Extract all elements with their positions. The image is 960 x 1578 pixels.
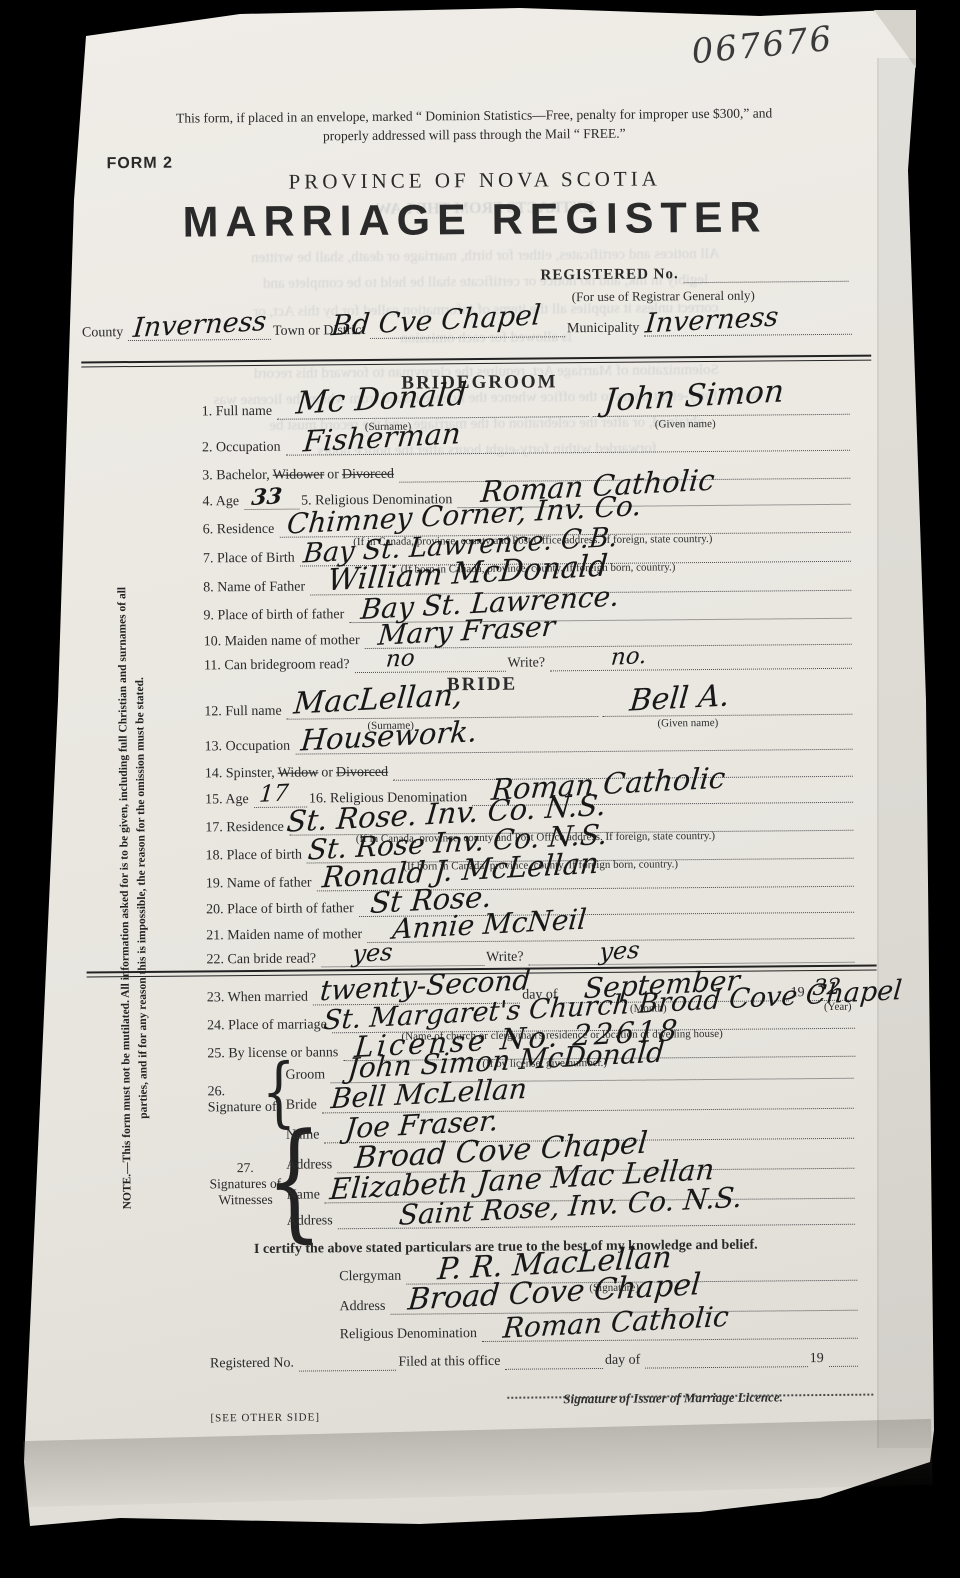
clergyman-label: Clergyman xyxy=(339,1269,404,1286)
br-age-line: 17 xyxy=(254,792,307,808)
bg-birthplace-label: 7. Place of Birth xyxy=(203,551,298,568)
witness1-address-line: Broad Cove Chapel xyxy=(337,1153,854,1174)
bg-write-label: Write? xyxy=(507,655,548,671)
br-father-line: Ronald J. McLellan xyxy=(316,871,853,892)
row-witness1-name: Name Joe Fraser. xyxy=(286,1123,856,1144)
br-occupation-line: Housework. xyxy=(295,734,853,755)
mail-notice-line2: properly addressed will pass through the… xyxy=(124,124,824,146)
row-br-status: 14. Spinster, Widow or Divorced xyxy=(205,761,855,783)
day-line: twenty-Second xyxy=(313,988,520,1006)
bleedthrough-line: All notices and certificates, either for… xyxy=(125,245,845,268)
registered-label: Registered No. xyxy=(210,1356,297,1373)
clergy-address-label: Address xyxy=(339,1299,388,1315)
bg-denomination-line: Roman Catholic xyxy=(457,489,850,508)
town-line: Bd Cve Chapel xyxy=(370,321,565,339)
section-divider xyxy=(87,965,877,978)
bg-residence-label: 6. Residence xyxy=(203,522,278,539)
row-br-age-denom: 15. Age 17 16. Religious Denomination Ro… xyxy=(205,787,855,809)
row-br-mother: 21. Maiden name of mother Annie McNeil xyxy=(206,923,856,945)
issuer-caption: Signature of Issuer of Marriage Licence. xyxy=(563,1389,783,1407)
br-surname-line: MacLellan, xyxy=(287,701,599,720)
bg-father-label: 8. Name of Father xyxy=(203,579,308,596)
clergy-address-line: Broad Cove Chapel xyxy=(390,1295,857,1315)
br-mother-line: Annie McNeil xyxy=(367,923,854,943)
filed-year-line xyxy=(829,1351,858,1367)
clergy-denomination-line: Roman Catholic xyxy=(482,1323,858,1342)
bg-age-label: 4. Age xyxy=(202,494,242,510)
bg-status-or: or xyxy=(327,467,342,483)
field-br-write: yes xyxy=(599,938,641,964)
groom-signature-line: John Simon McDonald xyxy=(330,1063,853,1084)
br-status-line xyxy=(393,761,853,781)
municipality-line: Inverness xyxy=(644,319,852,337)
place-of-marriage-label: 24. Place of marriage xyxy=(207,1017,330,1034)
municipality-label: Municipality xyxy=(567,321,642,338)
day-of-label: day of xyxy=(522,987,561,1003)
year-line: 32 xyxy=(810,985,855,1001)
bg-givenname-line: John Simon xyxy=(593,399,850,417)
filed-day-of-label: day of xyxy=(605,1353,644,1369)
row-bg-status: 3. Bachelor, Widower or Divorced xyxy=(202,463,852,485)
row-when-married: 23. When married twenty-Second day of Se… xyxy=(207,985,857,1007)
row-br-occupation: 13. Occupation Housework. xyxy=(205,734,855,756)
registered-no-label: REGISTERED No. xyxy=(540,266,681,284)
br-write-label: Write? xyxy=(486,950,527,966)
row-bride-signature: Bride Bell McLellan xyxy=(286,1093,856,1114)
br-denomination-line: Roman Catholic xyxy=(472,787,853,806)
bg-write-line: no. xyxy=(550,653,852,672)
bg-father-birthplace-line: Bay St. Lawrence. xyxy=(349,603,851,623)
bg-age-line: 33 xyxy=(244,494,299,510)
bg-surname-line: Mc Donald xyxy=(277,401,589,420)
row-witness2-name: Name Elizabeth Jane Mac Lellan xyxy=(286,1183,856,1204)
br-father-birthplace-label: 20. Place of birth of father xyxy=(206,901,357,918)
county-label: County xyxy=(82,325,126,341)
bg-birthplace-caption: (If born in Canada, province, county. If… xyxy=(328,561,748,577)
br-write-line: yes xyxy=(529,947,855,966)
scanned-document: EXTRACTS FROM THE LAW All notices and ce… xyxy=(0,0,960,1578)
br-read-line: yes xyxy=(321,950,484,967)
row-br-fullname: 12. Full name MacLellan, Bell A. xyxy=(204,699,854,721)
field-bg-read: no xyxy=(385,647,416,672)
filed-year-prefix: 19 xyxy=(810,1351,827,1367)
registrar-only-note: (For use of Registrar General only) xyxy=(572,288,755,306)
field-bg-age: 33 xyxy=(250,485,283,509)
bride-section-title: BRIDE xyxy=(87,671,877,700)
year-caption: (Year) xyxy=(824,1001,852,1013)
row-bg-age-denom: 4. Age 33 5. Religious Denomination Roma… xyxy=(202,489,852,511)
bg-status-prefix: 3. Bachelor, xyxy=(202,468,273,485)
bg-father-birthplace-label: 9. Place of birth of father xyxy=(203,607,347,624)
year-prefix: 19 xyxy=(791,985,808,1001)
filed-line xyxy=(505,1353,603,1370)
br-status-widow: Widow xyxy=(278,765,322,781)
stamp-number: 067676 xyxy=(690,19,835,72)
row-br-father: 19. Name of father Ronald J. McLellan xyxy=(206,871,856,893)
br-given-caption: (Given name) xyxy=(657,717,718,730)
bg-fullname-label: 1. Full name xyxy=(202,404,276,421)
town-label: Town or District xyxy=(273,323,368,340)
certify-statement: I certify the above stated particulars a… xyxy=(254,1238,758,1258)
br-denomination-label: 16. Religious Denomination xyxy=(309,790,470,807)
bg-status-divorced: Divorced xyxy=(342,467,397,483)
registered-line xyxy=(299,1355,397,1372)
row-groom-signature: Groom John Simon McDonald xyxy=(285,1063,855,1084)
row-witness1-address: Address Broad Cove Chapel xyxy=(286,1153,856,1174)
bg-denomination-label: 5. Religious Denomination xyxy=(301,492,455,509)
br-status-divorced: Divorced xyxy=(336,765,391,781)
br-father-birthplace-line: St Rose. xyxy=(359,897,854,917)
br-birthplace-label: 18. Place of birth xyxy=(206,848,306,865)
field-br-read: yes xyxy=(351,940,393,966)
bg-surname-caption: (Surname) xyxy=(365,421,412,433)
clergyman-signature-caption: (Signature) xyxy=(589,1282,639,1294)
br-birthplace-caption: (If born in Canada, province, county. If… xyxy=(331,858,751,874)
filed-label: Filed at this office xyxy=(398,1354,503,1371)
witness1-address-label: Address xyxy=(286,1157,335,1173)
br-father-label: 19. Name of father xyxy=(206,875,315,892)
br-read-label: 22. Can bride read? xyxy=(206,951,319,968)
bg-occupation-label: 2. Occupation xyxy=(202,440,284,457)
bg-father-line: William McDonald xyxy=(310,575,851,596)
month-caption: (Month) xyxy=(630,1002,667,1014)
registered-no-row: REGISTERED No. xyxy=(540,265,850,285)
month-line: September xyxy=(563,985,789,1003)
witness1-name-line: Joe Fraser. xyxy=(324,1123,854,1144)
bg-read-line: no xyxy=(355,656,506,673)
witness2-address-label: Address xyxy=(287,1213,336,1229)
br-mother-label: 21. Maiden name of mother xyxy=(206,927,365,944)
witness2-name-label: Name xyxy=(286,1187,323,1203)
br-age-label: 15. Age xyxy=(205,792,252,808)
br-residence-label: 17. Residence xyxy=(205,820,287,837)
bg-mother-line: Mary Fraser xyxy=(365,629,852,649)
bg-status-widower: Widower xyxy=(273,467,328,483)
br-fullname-label: 12. Full name xyxy=(204,704,285,721)
witness2-address-line: Saint Rose, Inv. Co. N.S. xyxy=(338,1209,855,1230)
row-witness2-address: Address Saint Rose, Inv. Co. N.S. xyxy=(287,1209,857,1230)
br-occupation-label: 13. Occupation xyxy=(205,739,294,756)
filed-day-line xyxy=(645,1351,808,1368)
br-givenname-line: Bell A. xyxy=(603,699,853,717)
row-bg-mother: 10. Maiden name of mother Mary Fraser xyxy=(204,629,854,651)
margin-note: NOTE.—This form must not be mutilated. A… xyxy=(114,569,153,1227)
form-content: EXTRACTS FROM THE LAW All notices and ce… xyxy=(0,0,960,1578)
row-clergy-denomination: Religious Denomination Roman Catholic xyxy=(340,1323,860,1344)
row-br-father-birthplace: 20. Place of birth of father St Rose. xyxy=(206,897,856,919)
registered-no-line xyxy=(684,266,849,283)
br-status-prefix: 14. Spinster, xyxy=(205,766,278,783)
witness2-name-line: Elizabeth Jane Mac Lellan xyxy=(325,1183,855,1204)
br-surname-caption: (Surname) xyxy=(367,720,414,732)
field-bg-write: no. xyxy=(610,645,648,670)
field-br-age: 17 xyxy=(258,782,289,807)
province-heading: PROVINCE OF NOVA SCOTIA xyxy=(125,165,825,196)
witness1-name-label: Name xyxy=(286,1127,323,1143)
bg-read-label: 11. Can bridegroom read? xyxy=(204,657,353,674)
row-bg-father-birthplace: 9. Place of birth of father Bay St. Lawr… xyxy=(203,603,853,625)
see-other-side: [SEE OTHER SIDE] xyxy=(210,1411,320,1424)
bride-signature-line: Bell McLellan xyxy=(322,1093,854,1114)
county-line: Inverness xyxy=(128,324,271,341)
row-bg-father: 8. Name of Father William McDonald xyxy=(203,575,853,597)
bg-given-caption: (Given name) xyxy=(655,418,716,431)
row-registered-filed: Registered No. Filed at this office day … xyxy=(210,1351,860,1373)
bg-mother-label: 10. Maiden name of mother xyxy=(204,633,363,650)
page-title: MARRIAGE REGISTER xyxy=(95,193,855,249)
when-married-label: 23. When married xyxy=(207,989,311,1006)
clergy-denomination-label: Religious Denomination xyxy=(340,1326,480,1343)
br-status-or: or xyxy=(321,765,336,781)
mail-notice-line1: This form, if placed in an envelope, mar… xyxy=(124,105,824,127)
field-year: 32 xyxy=(812,977,842,1001)
bg-status-line xyxy=(399,463,850,483)
row-clergy-address: Address Broad Cove Chapel xyxy=(339,1295,859,1316)
groom-label: Groom xyxy=(285,1067,328,1083)
